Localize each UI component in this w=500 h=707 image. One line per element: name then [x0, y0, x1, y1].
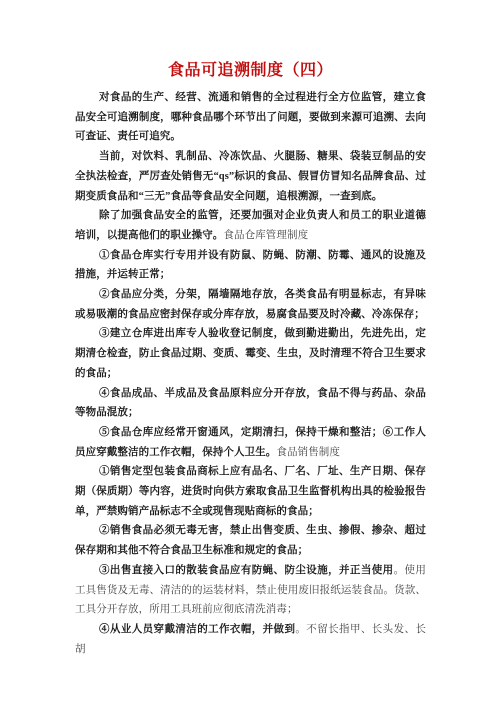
text-segment: ②食品应分类，分架，隔墙隔地存放，各类食品有明显标志，有异味或易吸潮的食品应密封… [75, 289, 426, 320]
document-title: 食品可追溯制度（四） [75, 58, 426, 83]
paragraph: ⑤食品仓库应经常开窗通风，定期清扫，保持干燥和整洁；⑥工作人员应穿戴整洁的工作衣… [75, 423, 426, 462]
text-segment: ⑤食品仓库应经常开窗通风，定期清扫，保持干燥和整洁；⑥工作人员应穿戴整洁的工作衣… [75, 427, 426, 458]
document-page: 食品可追溯制度（四） 对食品的生产、经营、流通和销售的全过程进行全方位监管，建立… [0, 0, 500, 707]
document-body: 对食品的生产、经营、流通和销售的全过程进行全方位监管，建立食品安全可追溯制度，哪… [75, 88, 426, 659]
text-segment: ①销售定型包装食品商标上应有品名、厂名、厂址、生产日期、保存期（保质期）等内容，… [75, 466, 426, 516]
text-segment: ③建立仓库进出库专人验收登记制度，做到勤进勤出，先进先出，定期清仓检查，防止食品… [75, 328, 426, 378]
paragraph: ③建立仓库进出库专人验收登记制度，做到勤进勤出，先进先出，定期清仓检查，防止食品… [75, 324, 426, 383]
paragraph: ④从业人员穿戴清洁的工作衣帽，并做到。不留长指甲、长头发、长胡 [75, 620, 426, 659]
text-segment: ④从业人员穿戴清洁的工作衣帽，并做到 [99, 624, 295, 635]
text-segment: ②销售食品必须无毒无害，禁止出售变质、生虫、掺假、掺杂、超过保存期和其他不符合食… [75, 525, 426, 556]
paragraph: ④食品成品、半成品及食品原料应分开存放，食品不得与药品、杂品等物品混放； [75, 384, 426, 423]
paragraph: ①食品仓库实行专用并设有防鼠、防蝇、防潮、防霉、通风的设施及措施，并运转正常； [75, 246, 426, 285]
text-segment: 当前，对饮料、乳制品、冷冻饮品、火腿肠、糖果、袋装豆制品的安全执法检查，严厉查处… [75, 151, 426, 201]
text-segment: ④食品成品、半成品及食品原料应分开存放，食品不得与药品、杂品等物品混放； [75, 388, 426, 419]
text-segment: ①食品仓库实行专用并设有防鼠、防蝇、防潮、防霉、通风的设施及措施，并运转正常； [75, 250, 426, 281]
text-segment: 食品仓库管理制度 [223, 230, 308, 241]
text-segment: ③出售直接入口的散装食品应有防蝇、防尘设施，并正当使用 [99, 565, 394, 576]
paragraph: ②食品应分类，分架，隔墙隔地存放，各类食品有明显标志，有异味或易吸潮的食品应密封… [75, 285, 426, 324]
text-segment: 对食品的生产、经营、流通和销售的全过程进行全方位监管，建立食品安全可追溯制度，哪… [75, 92, 426, 142]
paragraph: ①销售定型包装食品商标上应有品名、厂名、厂址、生产日期、保存期（保质期）等内容，… [75, 462, 426, 521]
paragraph: 当前，对饮料、乳制品、冷冻饮品、火腿肠、糖果、袋装豆制品的安全执法检查，严厉查处… [75, 147, 426, 206]
paragraph: ③出售直接入口的散装食品应有防蝇、防尘设施，并正当使用。使用工具售货及无毒、清洁… [75, 561, 426, 620]
text-segment: 食品销售制度 [276, 447, 340, 458]
paragraph: 对食品的生产、经营、流通和销售的全过程进行全方位监管，建立食品安全可追溯制度，哪… [75, 88, 426, 147]
paragraph: 除了加强食品安全的监管，还要加强对企业负责人和员工的职业道德培训，以提高他们的职… [75, 206, 426, 245]
paragraph: ②销售食品必须无毒无害，禁止出售变质、生虫、掺假、掺杂、超过保存期和其他不符合食… [75, 521, 426, 560]
